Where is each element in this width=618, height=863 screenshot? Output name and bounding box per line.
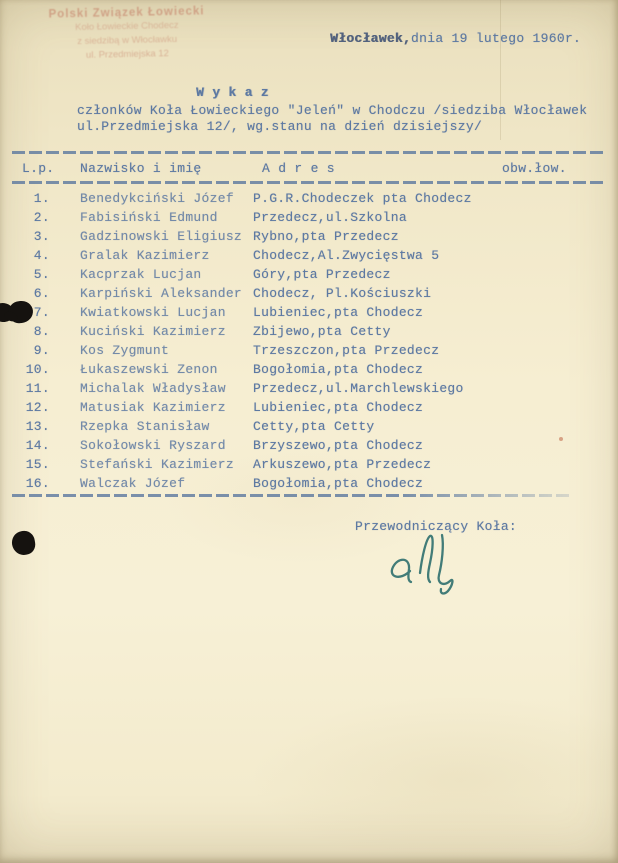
- row-number: 12.: [14, 400, 50, 415]
- member-name: Łukaszewski Zenon: [80, 362, 218, 377]
- member-name: Gralak Kazimierz: [80, 248, 210, 263]
- member-address: Góry,pta Przedecz: [253, 267, 391, 282]
- row-number: 15.: [14, 457, 50, 472]
- ink-blot: [10, 529, 37, 557]
- table-divider-bottom: [12, 494, 572, 497]
- page-title: W y k a z: [196, 85, 269, 100]
- member-address: Przedecz,ul.Marchlewskiego: [253, 381, 464, 396]
- member-address: Przedecz,ul.Szkolna: [253, 210, 407, 225]
- subtitle-line-1: członków Koła Łowieckiego "Jeleń" w Chod…: [77, 103, 587, 118]
- table-row: 16.Walczak JózefBogołomia,pta Chodecz: [0, 476, 618, 495]
- row-number: 8.: [14, 324, 50, 339]
- row-number: 14.: [14, 438, 50, 453]
- table-row: 7.Kwiatkowski LucjanLubieniec,pta Chodec…: [0, 305, 618, 324]
- column-header-name: Nazwisko i imię: [80, 161, 202, 176]
- row-number: 16.: [14, 476, 50, 491]
- row-number: 3.: [14, 229, 50, 244]
- row-number: 4.: [14, 248, 50, 263]
- row-number: 2.: [14, 210, 50, 225]
- member-name: Gadzinowski Eligiusz: [80, 229, 242, 244]
- table-row: 5.Kacprzak LucjanGóry,pta Przedecz: [0, 267, 618, 286]
- member-address: P.G.R.Chodeczek pta Chodecz: [253, 191, 472, 206]
- table-row: 14.Sokołowski RyszardBrzyszewo,pta Chode…: [0, 438, 618, 457]
- member-address: Chodecz, Pl.Kościuszki: [253, 286, 431, 301]
- table-row: 11.Michalak WładysławPrzedecz,ul.Marchle…: [0, 381, 618, 400]
- dateline-city-stamp: Włocławek,: [330, 31, 411, 46]
- table-row: 6.Karpiński AleksanderChodecz, Pl.Kościu…: [0, 286, 618, 305]
- member-address: Lubieniec,pta Chodecz: [253, 305, 423, 320]
- member-name: Sokołowski Ryszard: [80, 438, 226, 453]
- paper-crease: [500, 0, 501, 140]
- member-name: Kos Zygmunt: [80, 343, 169, 358]
- signature-handwriting: [380, 527, 490, 599]
- column-header-address: A d r e s: [262, 161, 335, 176]
- row-number: 5.: [14, 267, 50, 282]
- table-row: 8.Kuciński KazimierzZbijewo,pta Cetty: [0, 324, 618, 343]
- stamp-line: ul. Przedmiejska 12: [22, 47, 232, 63]
- member-list: 1.Benedykciński JózefP.G.R.Chodeczek pta…: [0, 191, 618, 495]
- member-name: Benedykciński Józef: [80, 191, 234, 206]
- member-address: Lubieniec,pta Chodecz: [253, 400, 423, 415]
- member-address: Bogołomia,pta Chodecz: [253, 362, 423, 377]
- member-address: Cetty,pta Cetty: [253, 419, 375, 434]
- table-row: 1.Benedykciński JózefP.G.R.Chodeczek pta…: [0, 191, 618, 210]
- column-header-lp: L.p.: [22, 161, 54, 176]
- table-row: 12.Matusiak KazimierzLubieniec,pta Chode…: [0, 400, 618, 419]
- header-divider-top: [12, 151, 606, 154]
- member-address: Trzeszczon,pta Przedecz: [253, 343, 439, 358]
- member-name: Fabisiński Edmund: [80, 210, 218, 225]
- row-number: 1.: [14, 191, 50, 206]
- row-number: 11.: [14, 381, 50, 396]
- table-row: 10.Łukaszewski ZenonBogołomia,pta Chodec…: [0, 362, 618, 381]
- document-page: Polski Związek Łowiecki Koło Łowieckie C…: [0, 0, 618, 863]
- subtitle-line-2: ul.Przedmiejska 12/, wg.stanu na dzień d…: [77, 119, 482, 134]
- row-number: 6.: [14, 286, 50, 301]
- member-name: Michalak Władysław: [80, 381, 226, 396]
- table-row: 2.Fabisiński EdmundPrzedecz,ul.Szkolna: [0, 210, 618, 229]
- member-name: Walczak Józef: [80, 476, 185, 491]
- row-number: 13.: [14, 419, 50, 434]
- member-address: Zbijewo,pta Cetty: [253, 324, 391, 339]
- table-row: 13.Rzepka StanisławCetty,pta Cetty: [0, 419, 618, 438]
- row-number: 10.: [14, 362, 50, 377]
- member-address: Brzyszewo,pta Chodecz: [253, 438, 423, 453]
- member-address: Chodecz,Al.Zwycięstwa 5: [253, 248, 439, 263]
- member-name: Kacprzak Lucjan: [80, 267, 202, 282]
- dateline-text: dnia 19 lutego 1960r.: [411, 31, 581, 46]
- organization-stamp: Polski Związek Łowiecki Koło Łowieckie C…: [21, 5, 232, 63]
- table-row: 9.Kos ZygmuntTrzeszczon,pta Przedecz: [0, 343, 618, 362]
- column-header-district: obw.łow.: [502, 161, 567, 176]
- paper-speck: [559, 437, 563, 441]
- table-row: 4.Gralak KazimierzChodecz,Al.Zwycięstwa …: [0, 248, 618, 267]
- member-address: Rybno,pta Przedecz: [253, 229, 399, 244]
- header-divider-bottom: [12, 181, 606, 184]
- table-row: 15.Stefański KazimierzArkuszewo,pta Prze…: [0, 457, 618, 476]
- member-name: Rzepka Stanisław: [80, 419, 210, 434]
- member-name: Kuciński Kazimierz: [80, 324, 226, 339]
- member-name: Stefański Kazimierz: [80, 457, 234, 472]
- row-number: 9.: [14, 343, 50, 358]
- member-name: Karpiński Aleksander: [80, 286, 242, 301]
- dateline: Włocławek,dnia 19 lutego 1960r.: [330, 31, 581, 46]
- member-name: Matusiak Kazimierz: [80, 400, 226, 415]
- member-name: Kwiatkowski Lucjan: [80, 305, 226, 320]
- member-address: Arkuszewo,pta Przedecz: [253, 457, 431, 472]
- member-address: Bogołomia,pta Chodecz: [253, 476, 423, 491]
- table-row: 3.Gadzinowski EligiuszRybno,pta Przedecz: [0, 229, 618, 248]
